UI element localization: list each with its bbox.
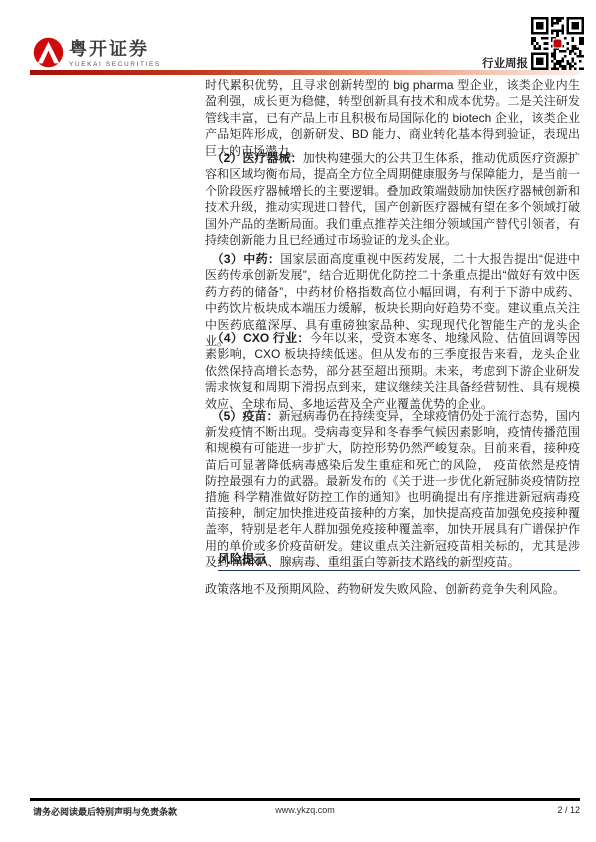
body-paragraph: 时代累积优势，且寻求创新转型的 big pharma 型企业，该类企业内生盈利强…: [205, 77, 580, 159]
body-paragraph: （5）疫苗：新冠病毒仍在持续变异，全球疫情仍处于流行态势，国内新发疫情不断出现。…: [205, 408, 580, 570]
brand-name-cn: 粤开证券: [69, 39, 161, 59]
footer: 请务必阅读最后特别声明与免责条款 www.ykzq.com 2 / 12: [30, 804, 580, 818]
paragraph-lead: （5）疫苗：: [212, 409, 279, 423]
body-paragraph: （4）CXO 行业：今年以来，受资本寒冬、地缘风险、估值回调等因素影响，CXO …: [205, 330, 580, 412]
paragraph-lead: （3）中药：: [212, 252, 281, 266]
report-body: 风险提示 政策落地不及预期风险、药物研发失败风险、创新药竞争失利风险。 时代累积…: [205, 0, 580, 842]
brand-logo: 粤开证券 YUEKAI SECURITIES: [33, 37, 161, 68]
risk-title-underline: [218, 570, 580, 571]
paragraph-lead: （2）医疗器械：: [212, 151, 303, 165]
footer-rule: [30, 798, 580, 801]
footer-website-link[interactable]: www.ykzq.com: [30, 805, 580, 815]
paragraph-lead: （4）CXO 行业：: [212, 331, 310, 345]
body-paragraph: （2）医疗器械：加快构建强大的公共卫生体系，推动优质医疗资源扩容和区域均衡布局，…: [205, 150, 580, 248]
paragraph-text: 加快构建强大的公共卫生体系，推动优质医疗资源扩容和区域均衡布局，提高全方位全周期…: [205, 151, 580, 247]
footer-page-number: 2 / 12: [557, 805, 580, 815]
risk-text: 政策落地不及预期风险、药物研发失败风险、创新药竞争失利风险。: [205, 581, 580, 597]
brand-name-en: YUEKAI SECURITIES: [69, 61, 161, 68]
paragraph-text: 时代累积优势，且寻求创新转型的 big pharma 型企业，该类企业内生盈利强…: [205, 78, 580, 158]
paragraph-text: 新冠病毒仍在持续变异，全球疫情仍处于流行态势，国内新发疫情不断出现。受病毒变异和…: [205, 409, 580, 569]
report-page: 粤开证券 YUEKAI SECURITIES 行业周报 风险提示 政策落地不及预…: [0, 0, 596, 842]
yuekai-emblem-icon: [33, 37, 64, 68]
